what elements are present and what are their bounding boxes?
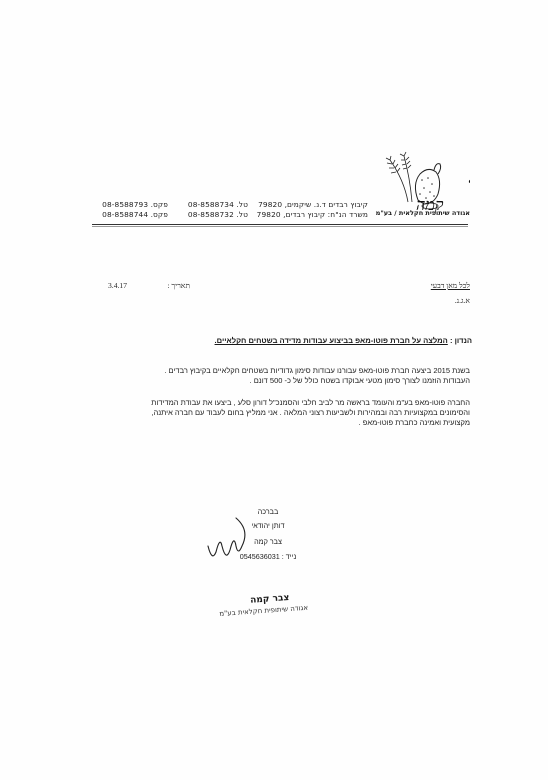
signature-blessing: בברכה — [250, 507, 286, 516]
header-phone-2: טל. 08-8588732 — [170, 210, 248, 219]
handwritten-signature-icon — [206, 516, 248, 566]
subject-line: הנדון : המלצה על חברת פוטו-מאפ בביצוע עב… — [130, 336, 472, 345]
recipient: לכל מאן דבעי — [400, 281, 470, 290]
date-value: 3.4.17 — [108, 281, 148, 290]
header-address-2: משרד הנ"ח: קיבוץ רבדים, 79820 — [248, 210, 368, 219]
header-divider-thin — [92, 226, 468, 227]
signer-company: צבר קמה — [250, 537, 286, 546]
header-phone-1: טל. 08-8588734 — [170, 200, 248, 209]
logo-subtitle: אגודה שיתופית חקלאית / בע"מ — [372, 209, 470, 217]
company-stamp: צבר קמה אגודה שיתופית חקלאית בע"מ — [185, 592, 309, 626]
date-label: תאריך : — [150, 281, 190, 290]
paragraph-line: והסימונים במקצועיות רבה ובמהירות ולשביעו… — [108, 408, 470, 418]
stamp-subtitle: אגודה שיתופית חקלאית בע"מ — [219, 604, 308, 618]
paragraph-line: העבודות הוזמנו לצורך סימון מטעי אבוקדו ב… — [108, 376, 470, 386]
paragraph-line: החברה פוטו-מאפ בע"מ והעומד בראשה מר לביב… — [108, 398, 470, 408]
body-paragraph-1: בשנת 2015 ביצעה חברת פוטו-מאפ עבורנו עבו… — [108, 366, 470, 386]
cactus-wheat-logo-icon: צבר קמה — [368, 150, 470, 218]
subject-label: הנדון : — [450, 336, 472, 345]
svg-text:צבר: צבר — [468, 175, 470, 195]
paragraph-line: בשנת 2015 ביצעה חברת פוטו-מאפ עבורנו עבו… — [108, 366, 470, 376]
stamp-title: צבר קמה — [250, 593, 290, 606]
header-address-1: קיבוץ רבדים ד.נ. שיקמים, 79820 — [248, 200, 368, 209]
paragraph-line: מקצועית ואמינה כחברת פוטו-מאפ . — [108, 418, 470, 428]
company-logo: צבר קמה — [368, 150, 470, 218]
header-fax-1: פקס. 08-8588793 — [90, 200, 168, 209]
letter-page: צבר קמה אגודה שיתופית חקלאית / בע"מ קיבו… — [0, 0, 548, 780]
subject-text: המלצה על חברת פוטו-מאפ בביצוע עבודות מדי… — [215, 336, 448, 345]
signer-name: דותן יהודאי — [240, 521, 296, 530]
body-paragraph-2: החברה פוטו-מאפ בע"מ והעומד בראשה מר לביב… — [108, 398, 470, 428]
header-divider — [92, 224, 468, 225]
header-fax-2: פקס. 08-8588744 — [90, 210, 168, 219]
greeting: א.ג.נ. — [420, 296, 470, 305]
